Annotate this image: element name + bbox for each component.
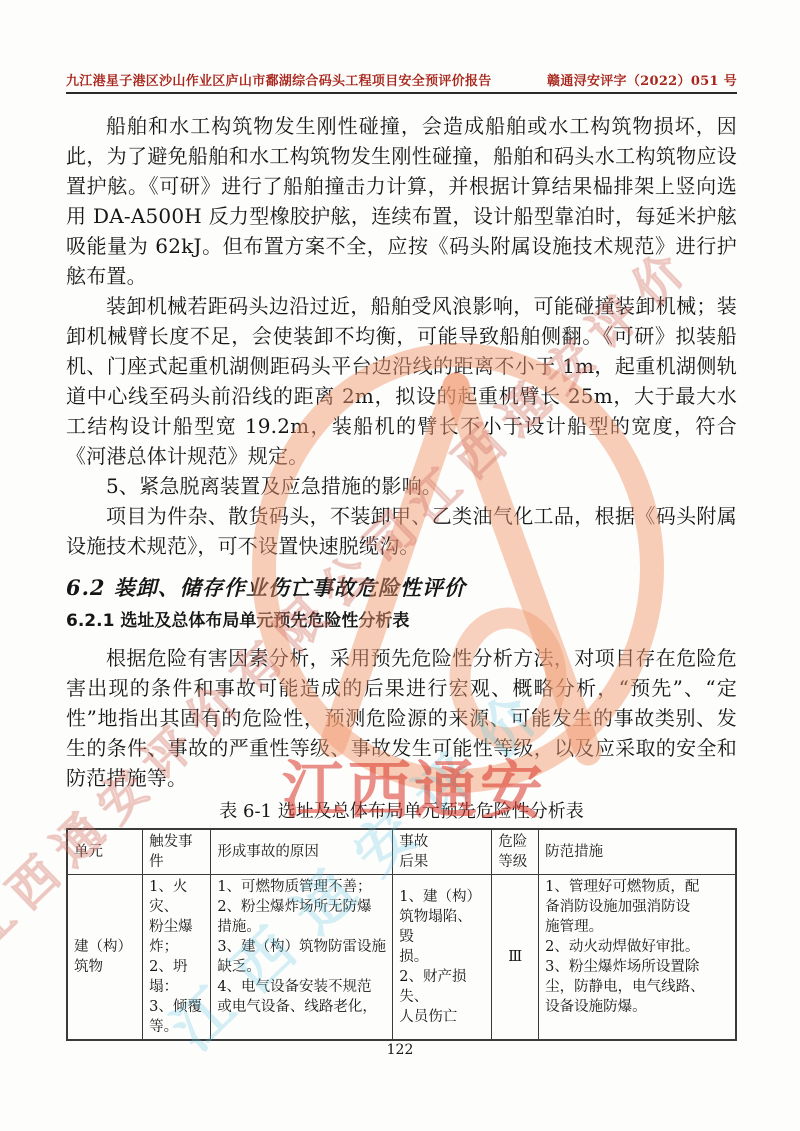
table-row: 建（构） 筑物 1、火灾、 粉尘爆炸； 2、坍塌： 3、倾覆等。 1、可燃物质管… [67, 875, 736, 1041]
header-document-number: 赣通浔安评字（2022）051 号 [547, 70, 737, 89]
cell-trigger-event: 1、火灾、 粉尘爆炸； 2、坍塌： 3、倾覆等。 [143, 875, 211, 1041]
col-header-hazard-level: 危险 等级 [492, 829, 539, 875]
subsection-heading-6-2-1: 6.2.1 选址及总体布局单元预先危险性分析表 [66, 608, 737, 634]
paragraph-loading-machinery: 装卸机械若距码头边沿过近，船舶受风浪影响，可能碰撞装卸机械；装卸机械臂长度不足，… [66, 291, 737, 471]
header-report-title: 九江港星子港区沙山作业区庐山市鄱湖综合码头工程项目安全预评价报告 [66, 70, 492, 89]
cell-hazard-level: Ⅲ [492, 875, 539, 1041]
document-page: 江西通安评价有限公司江西通安评价 江西通安评价 江西通安 九江港星子港区沙山作业… [0, 0, 800, 1131]
page-header: 九江港星子港区沙山作业区庐山市鄱湖综合码头工程项目安全预评价报告 赣通浔安评字（… [66, 70, 737, 94]
paragraph-emergency-release: 5、紧急脱离装置及应急措施的影响。 [66, 471, 737, 501]
section-heading-6-2: 6.2 装卸、储存作业伤亡事故危险性评价 [66, 573, 737, 603]
paragraph-hazard-analysis: 根据危险有害因素分析，采用预先危险性分析方法，对项目存在危险危害出现的条件和事故… [66, 643, 737, 793]
paragraph-project-cargo: 项目为件杂、散货码头，不装卸甲、乙类油气化工品，根据《码头附属设施技术规范》，可… [66, 501, 737, 561]
col-header-preventive-measures: 防范措施 [539, 829, 736, 875]
hazard-analysis-table: 单元 触发事件 形成事故的原因 事故 后果 危险 等级 防范措施 建（构） 筑物… [66, 828, 737, 1041]
table-header-row: 单元 触发事件 形成事故的原因 事故 后果 危险 等级 防范措施 [67, 829, 736, 875]
page-content: 九江港星子港区沙山作业区庐山市鄱湖综合码头工程项目安全预评价报告 赣通浔安评字（… [0, 0, 800, 1041]
cell-accident-consequence: 1、建（构） 筑物塌陷、毁 损。 2、财产损失、 人员伤亡 [393, 875, 492, 1041]
paragraph-ship-collision: 船舶和水工构筑物发生刚性碰撞，会造成船舶或水工构筑物损坏，因此，为了避免船舶和水… [66, 111, 737, 291]
cell-accident-cause: 1、可燃物质管理不善； 2、粉尘爆炸场所无防爆 措施。 3、建（构）筑物防雷设施… [211, 875, 393, 1041]
page-number: 122 [0, 1042, 800, 1058]
col-header-accident-consequence: 事故 后果 [393, 829, 492, 875]
col-header-trigger-event: 触发事件 [143, 829, 211, 875]
cell-unit: 建（构） 筑物 [67, 875, 143, 1041]
col-header-unit: 单元 [67, 829, 143, 875]
col-header-accident-cause: 形成事故的原因 [211, 829, 393, 875]
cell-preventive-measures: 1、管理好可燃物质，配 备消防设施加强消防设 施管理。 2、动火动焊做好审批。 … [539, 875, 736, 1041]
table-caption: 表 6-1 选址及总体布局单元预先危险性分析表 [66, 800, 737, 824]
